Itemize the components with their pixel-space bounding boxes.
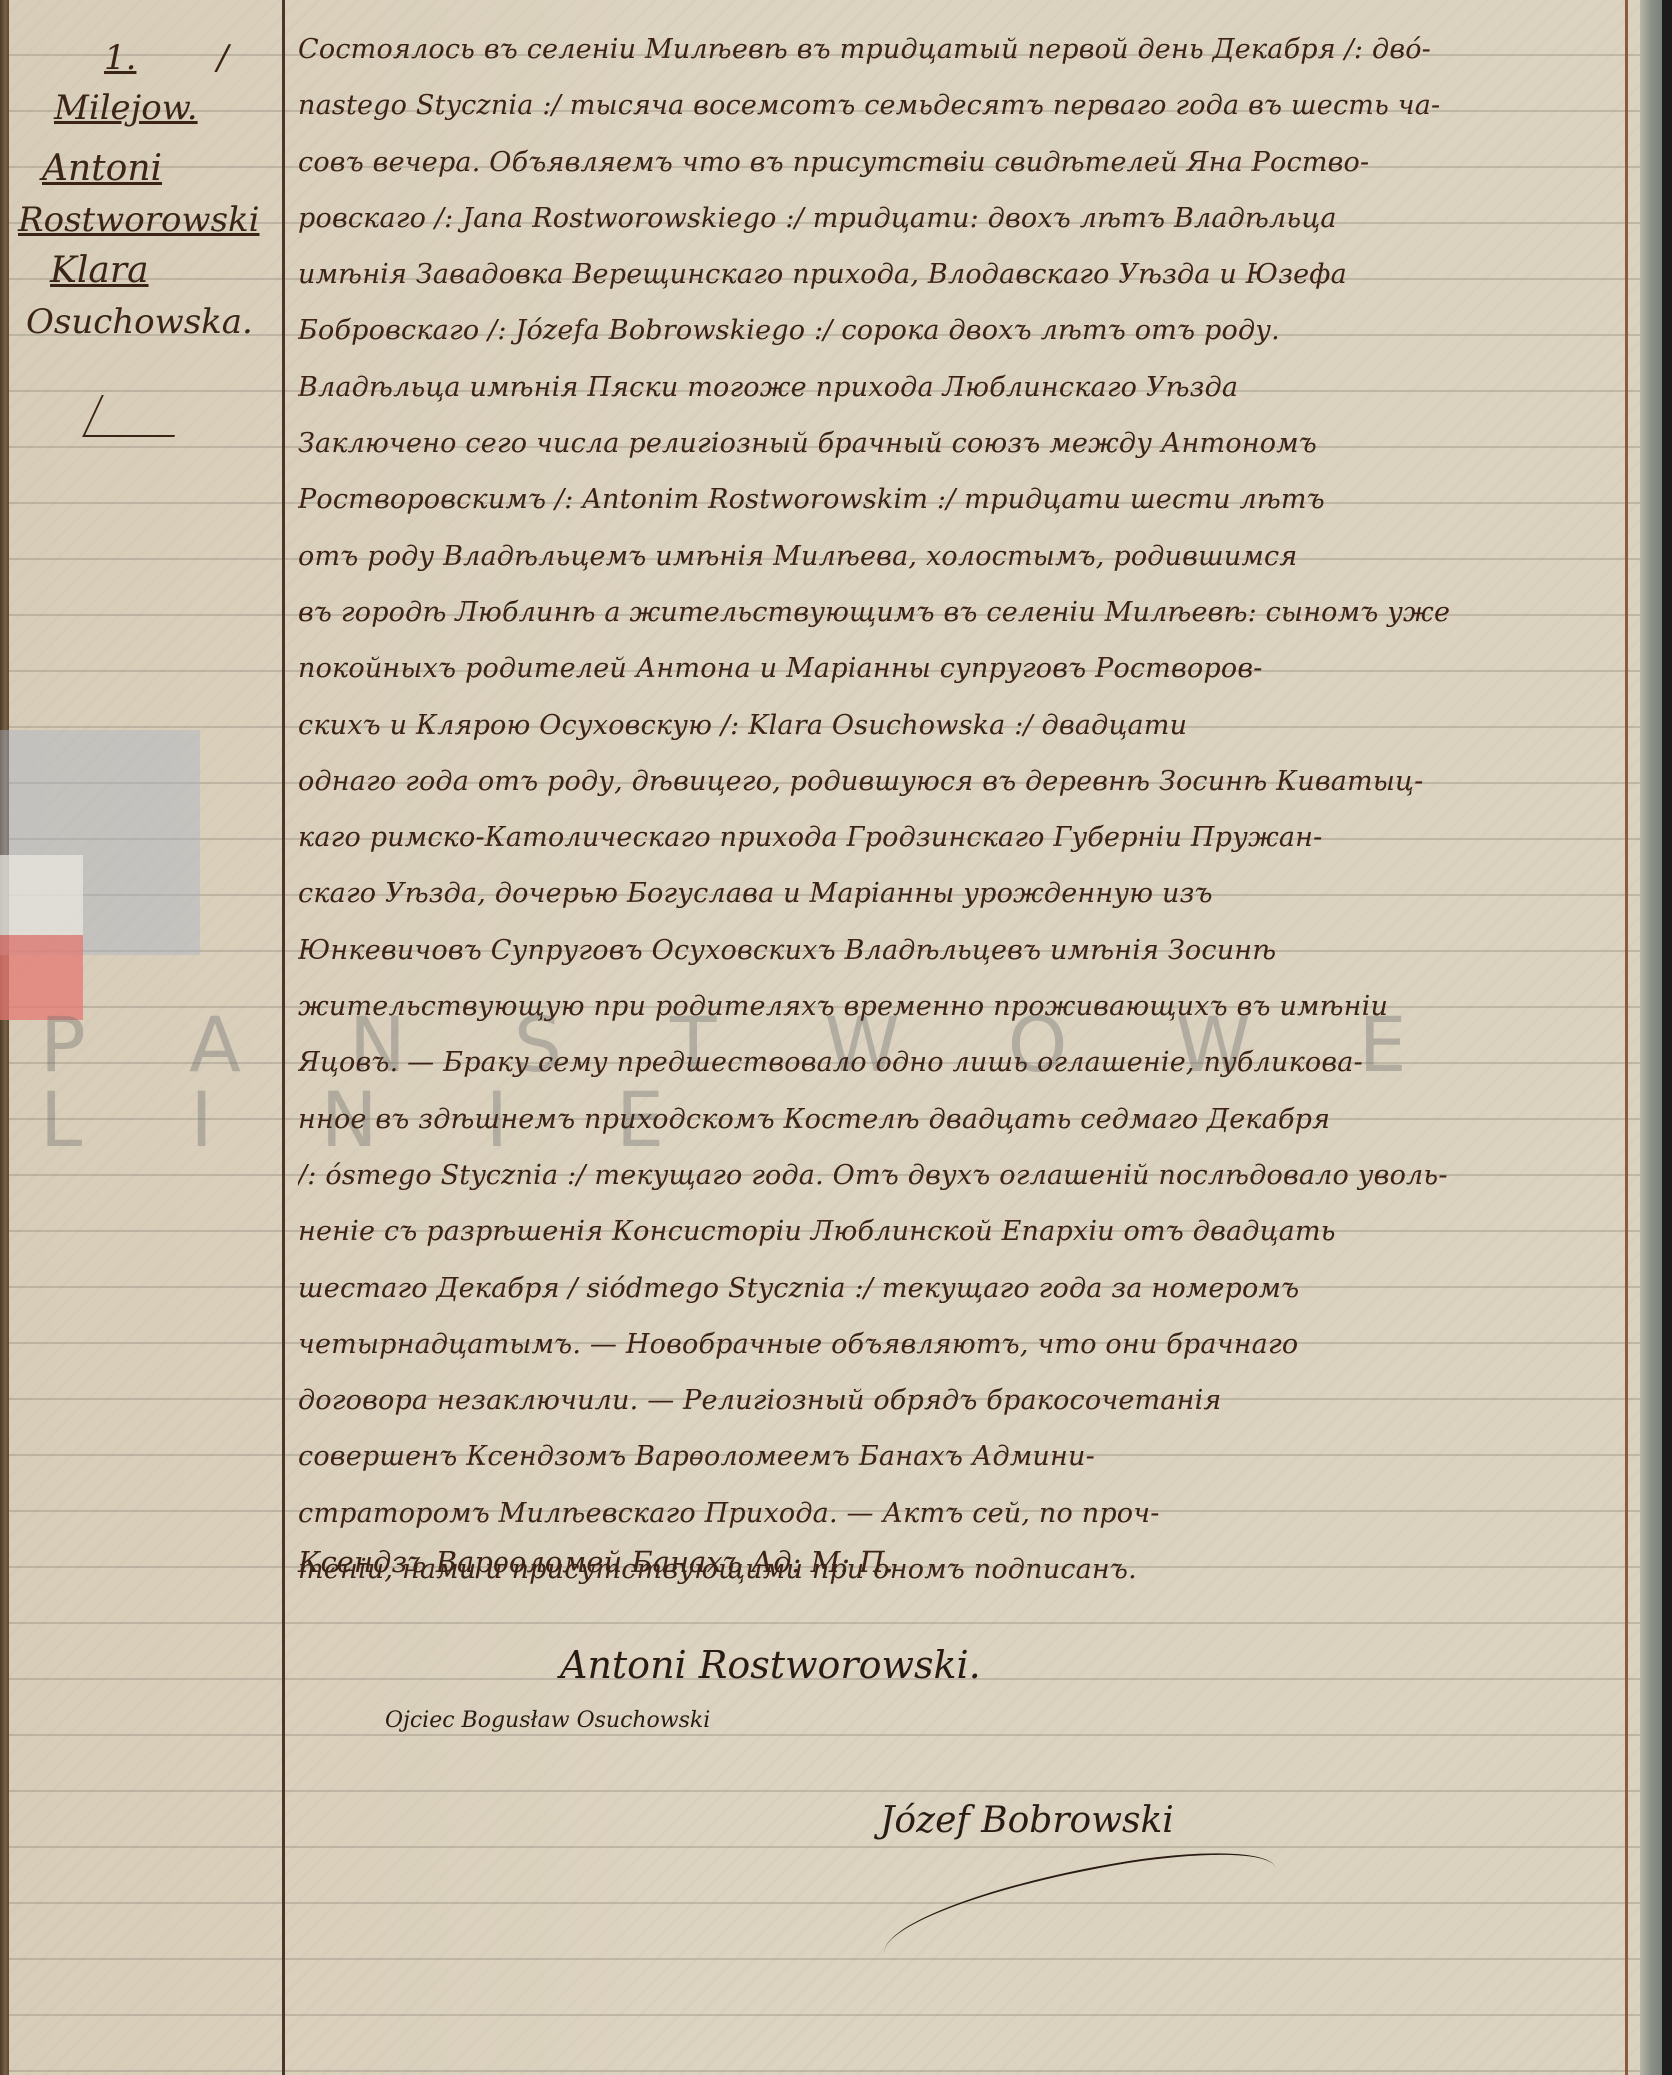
check-mark-icon	[82, 395, 194, 437]
text-line: нное въ здѣшнемъ приходскомъ Костелѣ два…	[298, 1092, 1618, 1148]
entry-number: 1.	[104, 38, 136, 78]
entry-mark: /	[217, 38, 228, 78]
text-line: скаго Уѣзда, дочерью Богуслава и Маріанн…	[298, 866, 1618, 922]
scan-border	[1662, 0, 1672, 2075]
text-line: скихъ и Клярою Осуховскую /: Klara Osuch…	[298, 698, 1618, 754]
signature-flourish	[876, 1836, 1284, 1986]
record-body: Состоялось въ селеніи Милѣевѣ въ тридцат…	[298, 22, 1618, 1598]
text-line: имѣнія Завадовка Верещинскаго прихода, В…	[298, 247, 1618, 303]
text-line: Яцовъ. — Браку сему предшествовало одно …	[298, 1035, 1618, 1091]
text-line: договора незаключили. — Религіозный обря…	[298, 1373, 1618, 1429]
priest-signature: Ксендзъ Варѳоломей Банахъ Ад: М: П.	[298, 1545, 894, 1579]
page-edge	[1640, 0, 1662, 2075]
text-line: неніе съ разрѣшенія Консисторіи Люблинск…	[298, 1204, 1618, 1260]
watermark-block-white	[0, 855, 83, 935]
bride-last-name: Osuchowska.	[26, 302, 253, 342]
groom-last-name: Rostworowski	[18, 200, 260, 240]
groom-first-name: Antoni	[42, 148, 162, 189]
bride-first-name: Klara	[50, 250, 149, 291]
text-line: Заключено сего числа религіозный брачный…	[298, 416, 1618, 472]
text-line: Владѣльца имѣнія Пяски тогоже прихода Лю…	[298, 360, 1618, 416]
text-line: отъ роду Владѣльцемъ имѣнія Милѣева, хол…	[298, 529, 1618, 585]
text-line: Бобровскаго /: Józefa Bobrowskiego :/ со…	[298, 303, 1618, 359]
text-line: въ городѣ Люблинѣ а жительствующимъ въ с…	[298, 585, 1618, 641]
bride-father-signature: Ojciec Bogusław Osuchowski	[385, 1708, 710, 1733]
manuscript-page: PANSTWOWE LINIE 1. / Milejow. Antoni Ros…	[0, 0, 1672, 2075]
text-line: ровскаго /: Jana Rostworowskiego :/ трид…	[298, 191, 1618, 247]
text-line: Ростворовскимъ /: Antonim Rostworowskim …	[298, 472, 1618, 528]
entry-place: Milejow.	[54, 88, 198, 128]
groom-signature: Antoni Rostworowski.	[560, 1643, 981, 1687]
text-line: /: ósmego Stycznia :/ текущаго года. Отъ…	[298, 1148, 1618, 1204]
right-rule-line	[1625, 0, 1628, 2075]
book-spine	[0, 0, 9, 2075]
text-line: Состоялось въ селеніи Милѣевѣ въ тридцат…	[298, 22, 1618, 78]
text-line: покойныхъ родителей Антона и Маріанны су…	[298, 641, 1618, 697]
text-line: каго римско-Католическаго прихода Гродзи…	[298, 810, 1618, 866]
witness-signature: Józef Bobrowski	[880, 1800, 1174, 1841]
text-line: страторомъ Милѣевскаго Прихода. — Актъ с…	[298, 1486, 1618, 1542]
text-line: совершенъ Ксендзомъ Варѳоломеемъ Банахъ …	[298, 1429, 1618, 1485]
text-line: однаго года отъ роду, дѣвицего, родившую…	[298, 754, 1618, 810]
text-line: Юнкевичовъ Супруговъ Осуховскихъ Владѣль…	[298, 923, 1618, 979]
text-line: nastego Stycznia :/ тысяча восемсотъ сем…	[298, 78, 1618, 134]
text-line: жительствующую при родителяхъ временно п…	[298, 979, 1618, 1035]
text-line: четырнадцатымъ. — Новобрачные объявляютъ…	[298, 1317, 1618, 1373]
text-line: совъ вечера. Объявляемъ что въ присутств…	[298, 135, 1618, 191]
text-line: шестаго Декабря / siódmego Stycznia :/ т…	[298, 1261, 1618, 1317]
